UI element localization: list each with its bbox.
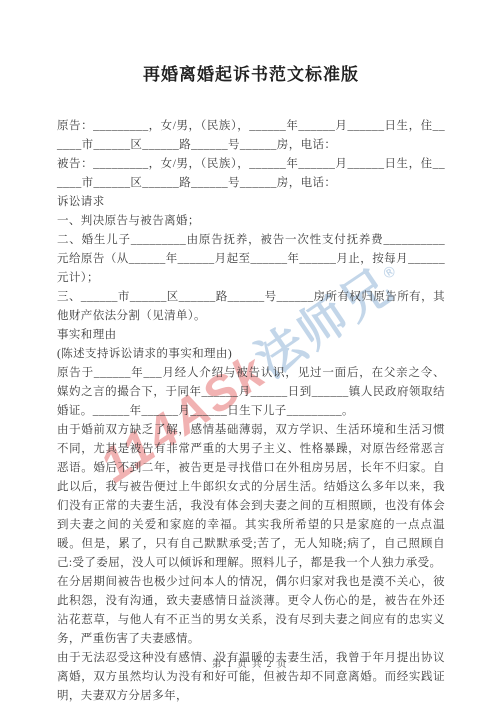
defendant-info-line: 被告：_________，女/男，（民族），______年______月____… — [57, 155, 445, 193]
facts-heading: 事实和理由 — [57, 326, 445, 345]
claim-item-1: 一、判决原告与被告离婚； — [57, 212, 445, 231]
claims-heading: 诉讼请求 — [57, 193, 445, 212]
document-page: 114ASk法师兄® 再婚离婚起诉书范文标准版 原告：_________，女/男… — [0, 0, 500, 706]
plaintiff-info-line: 原告：_________，女/男，（民族），______年______月____… — [57, 117, 445, 155]
facts-paragraph-2: 由于婚前双方缺乏了解，感情基础薄弱，双方学识、生活环境和生活习惯不同，尤其是被告… — [57, 421, 445, 573]
facts-note: (陈述支持诉讼请求的事实和理由) — [57, 345, 445, 364]
document-body: 再婚离婚起诉书范文标准版 原告：_________，女/男，（民族），_____… — [57, 60, 445, 706]
document-title: 再婚离婚起诉书范文标准版 — [57, 60, 445, 85]
claim-item-3: 三、______市______区______路______号______房所有权… — [57, 288, 445, 326]
claim-item-2: 二、婚生儿子_________由原告抚养，被告一次性支付抚养费_________… — [57, 231, 445, 288]
page-number: 第 1 页 共 2 页 — [0, 656, 500, 670]
facts-paragraph-3: 在分居期间被告也极少过问本人的情况，偶尔归家对我也是漠不关心，彼此积怨，没有沟通… — [57, 573, 445, 649]
facts-paragraph-1: 原告于______年___月经人介绍与被告认识，见过一面后，在父亲之令、媒妁之言… — [57, 364, 445, 421]
